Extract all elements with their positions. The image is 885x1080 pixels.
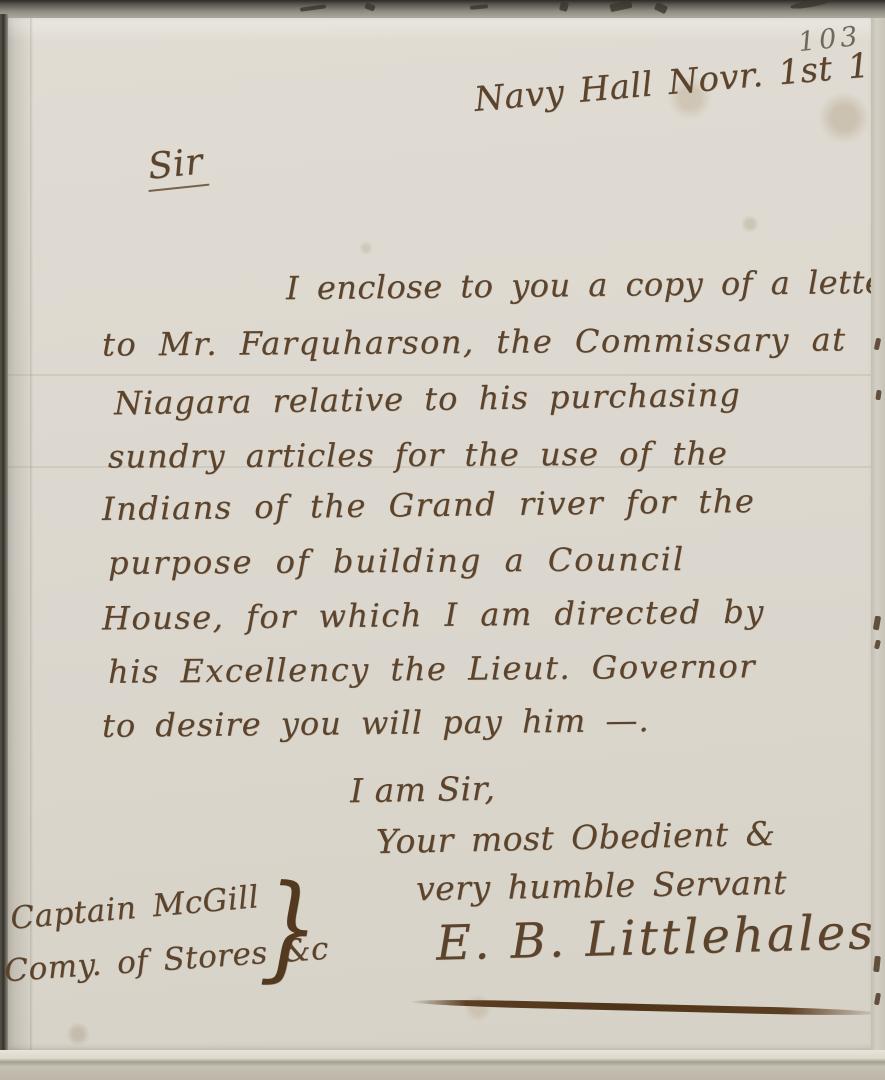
closing-line: very humble Servant bbox=[416, 863, 787, 908]
ink-fragment bbox=[559, 1, 569, 12]
letter-salutation: Sir bbox=[144, 141, 209, 188]
ink-fragment bbox=[300, 4, 326, 12]
ink-fragment bbox=[874, 640, 881, 650]
ink-fragment bbox=[364, 2, 375, 11]
addressee-name: Captain McGill bbox=[9, 879, 261, 937]
ink-fragment bbox=[875, 390, 881, 401]
closing-line: Your most Obedient & bbox=[376, 814, 776, 861]
body-line: House, for which I am directed by bbox=[102, 593, 765, 638]
body-line: to Mr. Farquharson, the Commissary at bbox=[102, 320, 847, 363]
body-line: purpose of building a Council bbox=[108, 540, 685, 582]
letter-dateline: Navy Hall Novr. 1st 1794 bbox=[473, 40, 885, 120]
manuscript-letter-photo: 103 Navy Hall Novr. 1st 1794 Sir I enclo… bbox=[0, 0, 885, 1080]
ink-fragment bbox=[874, 993, 881, 1006]
paper-fold-line bbox=[8, 374, 874, 376]
ink-fragment bbox=[609, 0, 632, 12]
ink-fragment bbox=[873, 956, 881, 973]
signature-flourish-rule bbox=[410, 998, 882, 1017]
body-line: I enclose to you a copy of a letter bbox=[286, 263, 885, 307]
ink-fragment bbox=[470, 4, 488, 10]
signature: E. B. Littlehales bbox=[435, 904, 876, 971]
body-line: sundry articles for the use of the bbox=[108, 434, 728, 475]
body-line: his Excellency the Lieut. Governor bbox=[108, 647, 756, 691]
closing-line: I am Sir, bbox=[350, 769, 496, 811]
ink-fragment bbox=[790, 0, 833, 11]
paper-crease bbox=[30, 18, 33, 1052]
body-line: Indians of the Grand river for the bbox=[102, 482, 756, 528]
body-line: to desire you will pay him —. bbox=[102, 701, 650, 745]
underlying-page-right-edge bbox=[871, 18, 885, 1058]
salutation-text: Sir bbox=[144, 141, 209, 192]
addressee-brace: } bbox=[258, 859, 321, 995]
letter-page: 103 Navy Hall Novr. 1st 1794 Sir I enclo… bbox=[8, 18, 874, 1052]
ink-fragment bbox=[654, 2, 668, 14]
ink-fragment bbox=[873, 616, 881, 631]
underlying-pages-bottom-edge bbox=[0, 1050, 885, 1080]
body-line: Niagara relative to his purchasing bbox=[114, 376, 741, 423]
ink-fragment bbox=[874, 338, 881, 351]
underlying-page-top-edge bbox=[0, 0, 885, 20]
